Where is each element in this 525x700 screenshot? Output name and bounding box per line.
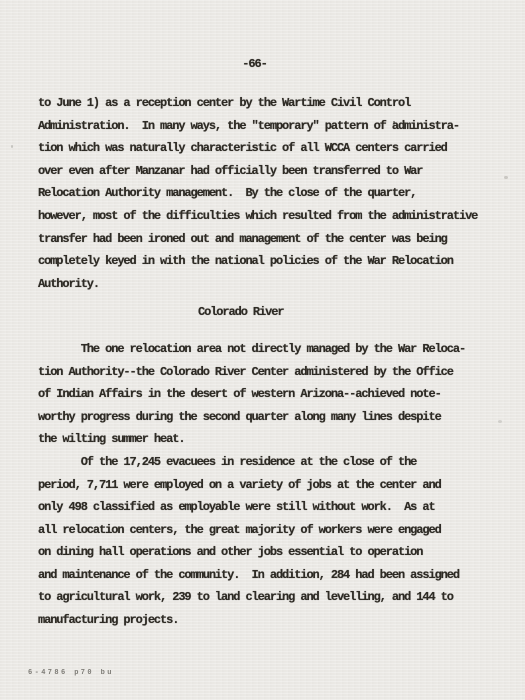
text-line: period, 7,711 were employed on a variety… <box>38 474 516 497</box>
scan-speck <box>11 145 13 148</box>
text-line: to June 1) as a reception center by the … <box>38 92 516 115</box>
text-line: Administration. In many ways, the "tempo… <box>38 115 516 138</box>
text-line: Authority. <box>38 273 516 296</box>
document-page: -66- to June 1) as a reception center by… <box>0 0 525 700</box>
paragraph-1: to June 1) as a reception center by the … <box>38 92 516 295</box>
text-line: on dining hall operations and other jobs… <box>38 541 516 564</box>
text-line: the wilting summer heat. <box>38 428 516 451</box>
text-line: transfer had been ironed out and managem… <box>38 228 516 251</box>
text-line: of Indian Affairs in the desert of weste… <box>38 383 516 406</box>
text-line: The one relocation area not directly man… <box>38 338 516 361</box>
section-heading: Colorado River <box>38 301 516 324</box>
footer-reference-code: 6-4786 p70 bu <box>28 669 114 677</box>
text-line: Relocation Authority management. By the … <box>38 182 516 205</box>
text-line: over even after Manzanar had officially … <box>38 160 516 183</box>
text-line: manufacturing projects. <box>38 609 516 632</box>
text-line: tion Authority--the Colorado River Cente… <box>38 361 516 384</box>
paragraph-3: Of the 17,245 evacuees in residence at t… <box>38 451 516 632</box>
text-line: however, most of the difficulties which … <box>38 205 516 228</box>
text-line: and maintenance of the community. In add… <box>38 564 516 587</box>
text-line: worthy progress during the second quarte… <box>38 406 516 429</box>
text-line: all relocation centers, the great majori… <box>38 519 516 542</box>
paragraph-2: The one relocation area not directly man… <box>38 338 516 451</box>
page-number: -66- <box>0 57 509 71</box>
text-line: Of the 17,245 evacuees in residence at t… <box>38 451 516 474</box>
text-line: to agricultural work, 239 to land cleari… <box>38 586 516 609</box>
text-line: only 498 classified as employable were s… <box>38 496 516 519</box>
text-line: completely keyed in with the national po… <box>38 250 516 273</box>
document-body: to June 1) as a reception center by the … <box>38 92 516 632</box>
text-line: tion which was naturally characteristic … <box>38 137 516 160</box>
